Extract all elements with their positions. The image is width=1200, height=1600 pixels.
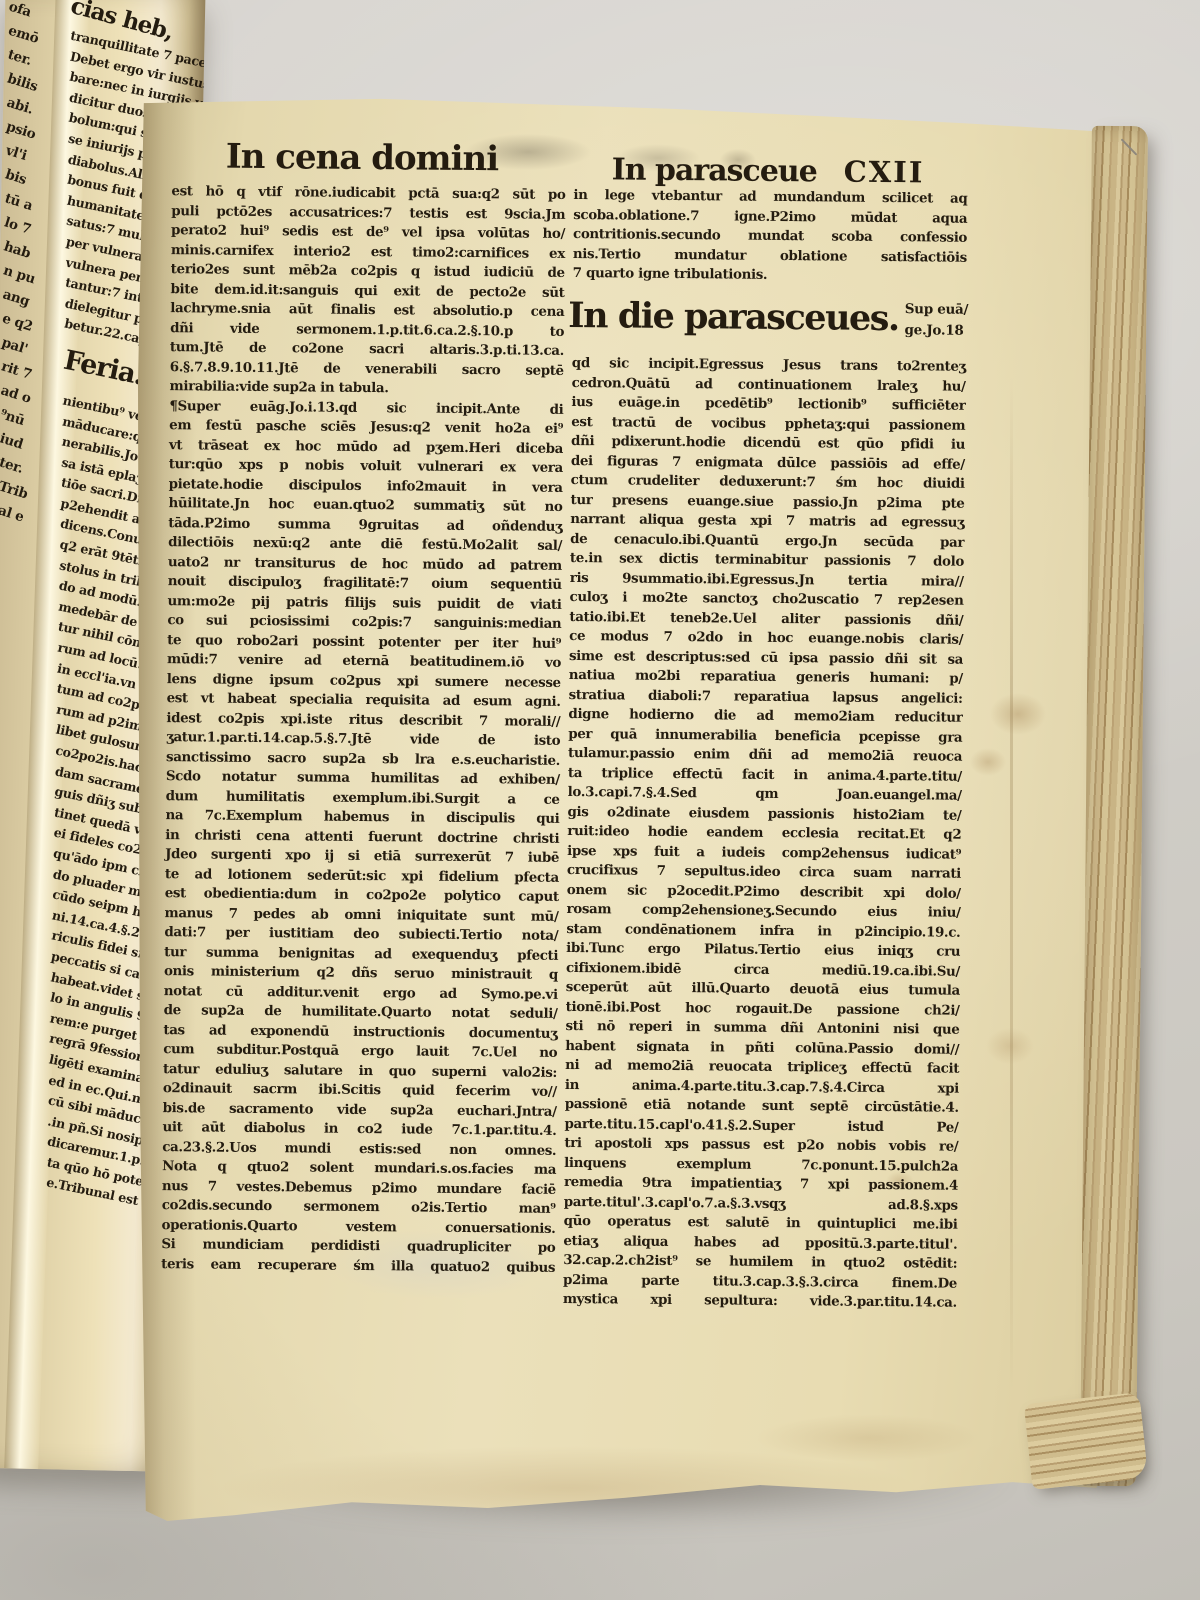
fore-edge-page-stack [1080, 126, 1148, 1486]
marginal-reference-note: Sup euā/ge.Jo.18 [904, 293, 968, 342]
right-column-intro: in lege vtebantur ad mundandum scilicet … [573, 186, 968, 287]
section-heading-row: In die parasceues. Sup euā/ge.Jo.18 [568, 290, 968, 346]
bottom-corner-page-stack [1024, 1392, 1148, 1490]
printed-text-block: In cena domini In parasceue CXII est hō … [125, 96, 1111, 1537]
folio-number: CXII [844, 155, 925, 190]
right-text-column: qd sic incipit.Egressus Jesus trans to2r… [563, 354, 966, 1313]
photo-of-incunable-book: ofaemōter.bilisabi.psiovl'ibistū alo 7ha… [0, 0, 1200, 1600]
running-head-left: In cena domini [226, 137, 499, 180]
book-page-recto: In cena domini In parasceue CXII est hō … [138, 96, 1110, 1528]
running-head-right: In parasceue [612, 152, 817, 189]
section-heading: In die parasceues. [568, 290, 899, 345]
left-text-column: est hō q vtif rōne.iudicabit pctā sua:q2… [161, 182, 565, 1278]
